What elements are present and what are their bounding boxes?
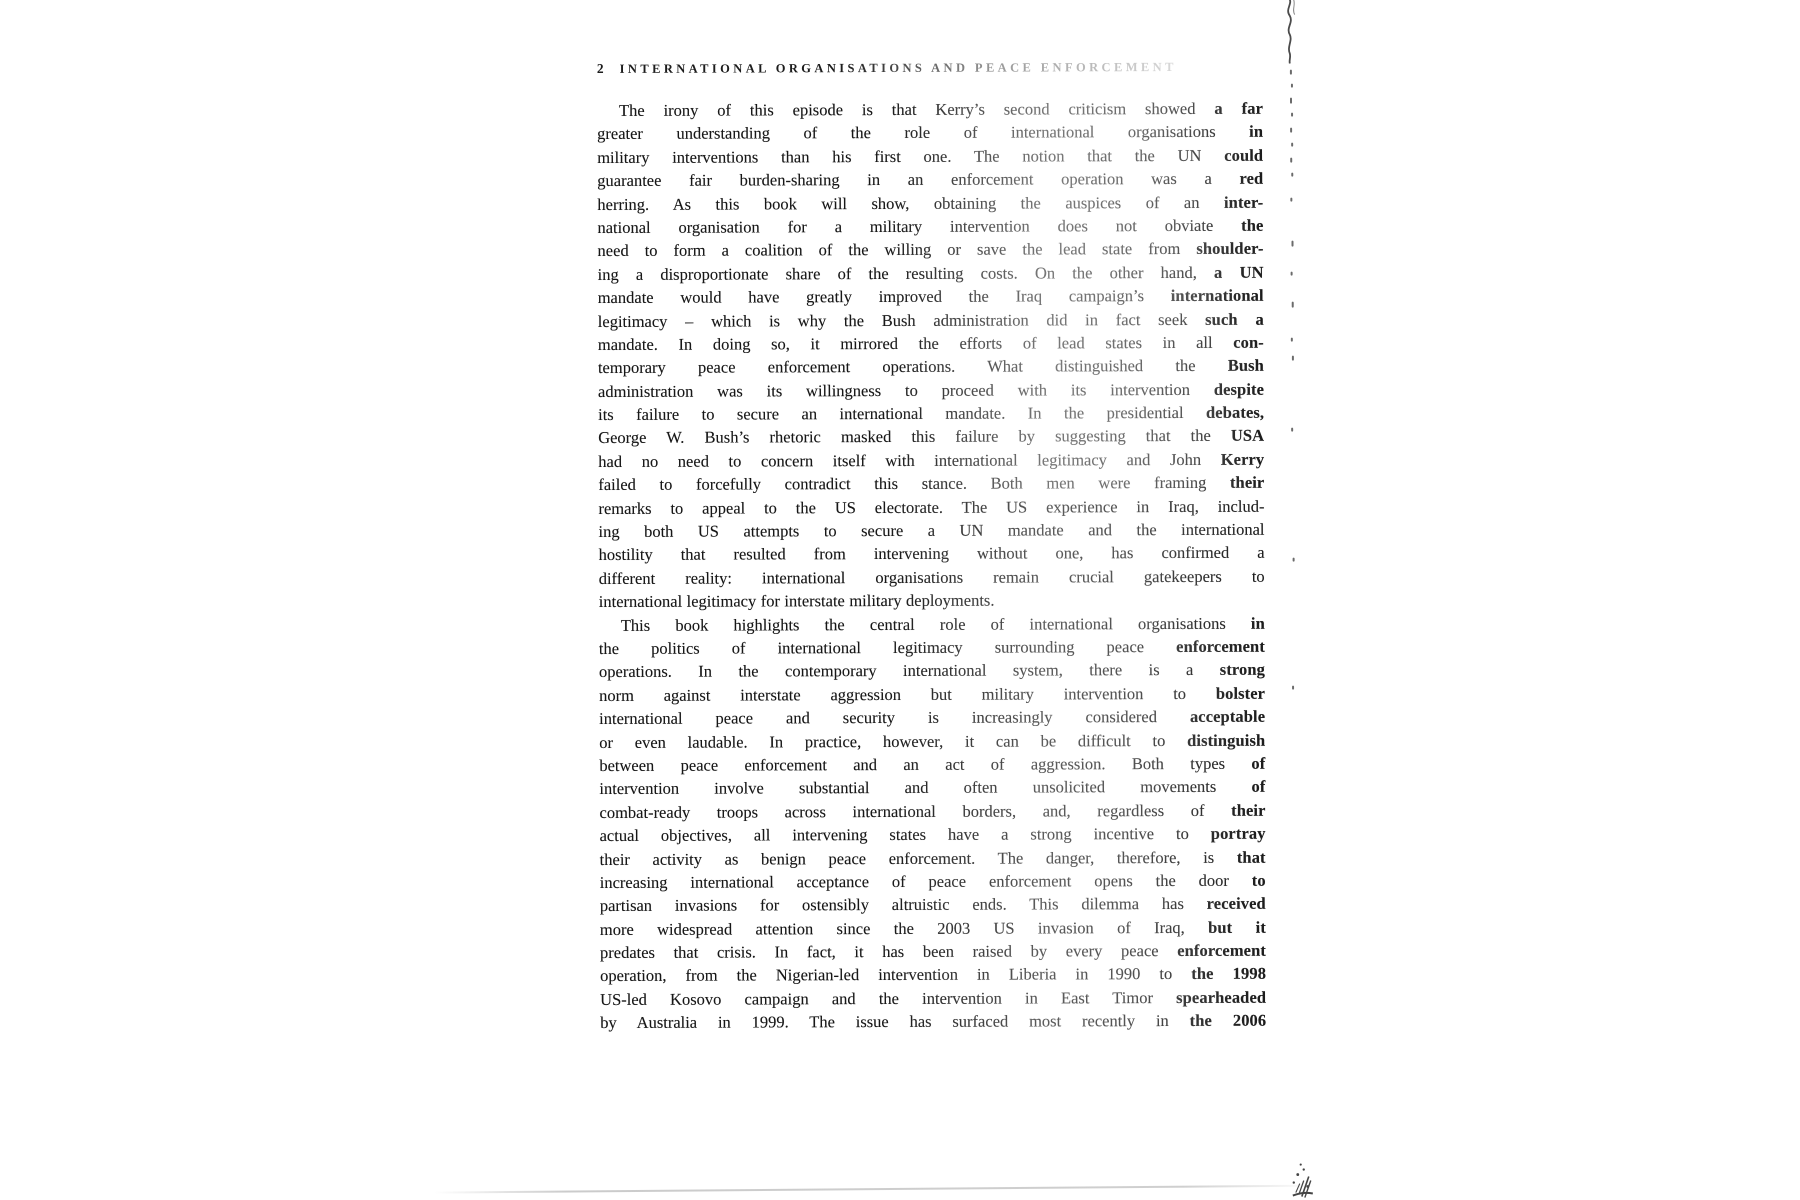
text-line: remarks to appeal to the US electorate. … — [598, 494, 1264, 520]
text-line-tail: international — [1171, 286, 1264, 305]
page-content: 2INTERNATIONAL ORGANISATIONS AND PEACE E… — [0, 0, 1800, 1200]
text-line: failed to forcefully contradict this sta… — [598, 471, 1264, 497]
page-header: 2INTERNATIONAL ORGANISATIONS AND PEACE E… — [597, 59, 1277, 77]
scan-artifact-marks — [0, 0, 1800, 2]
text-line: by Australia in 1999. The issue has surf… — [600, 1009, 1266, 1035]
text-line: national organisation for a military int… — [597, 214, 1263, 240]
text-line-tail: to — [1252, 871, 1266, 890]
text-line: George W. Bush’s rhetoric masked this fa… — [598, 424, 1264, 450]
text-line: norm against interstate aggression but m… — [599, 681, 1265, 707]
text-line-tail: the 2006 — [1190, 1011, 1267, 1030]
text-line-tail: debates, — [1206, 403, 1264, 422]
text-line-tail: USA — [1231, 426, 1264, 445]
text-line-tail: strong — [1220, 660, 1265, 679]
text-line-tail: despite — [1214, 379, 1264, 398]
text-line: ing both US attempts to secure a UN mand… — [598, 518, 1264, 544]
text-line-tail: a far — [1214, 99, 1263, 118]
text-line: its failure to secure an international m… — [598, 401, 1264, 427]
text-line-tail: enforcement — [1177, 941, 1266, 960]
text-line: or even laudable. In practice, however, … — [599, 728, 1265, 754]
scan-page: 2INTERNATIONAL ORGANISATIONS AND PEACE E… — [0, 0, 1800, 1200]
page-text: The irony of this episode is that Kerry’… — [597, 97, 1266, 1035]
text-line: mandate. In doing so, it mirrored the ef… — [598, 331, 1264, 357]
text-line-tail: in — [1251, 613, 1265, 632]
text-line-tail: a UN — [1214, 262, 1264, 281]
text-line: intervention involve substantial and oft… — [599, 775, 1265, 801]
text-line-tail: bolster — [1216, 683, 1265, 702]
text-line: mandate would have greatly improved the … — [598, 284, 1264, 310]
text-line: This book highlights the central role of… — [599, 611, 1265, 637]
text-line: legitimacy – which is why the Bush admin… — [598, 307, 1264, 333]
text-line-tail: portray — [1211, 824, 1266, 843]
text-line: US-led Kosovo campaign and the intervent… — [600, 986, 1266, 1012]
text-line-tail: shoulder- — [1196, 239, 1263, 258]
text-line: their activity as benign peace enforceme… — [600, 845, 1266, 871]
text-line: international legitimacy for interstate … — [599, 588, 1265, 614]
text-line-tail: but it — [1208, 917, 1266, 936]
text-line-tail: Bush — [1228, 356, 1264, 375]
text-line-tail: the — [1241, 216, 1263, 235]
text-line: need to form a coalition of the willing … — [597, 237, 1263, 263]
text-line: different reality: international organis… — [599, 564, 1265, 590]
text-line-tail: of — [1251, 754, 1265, 773]
text-line: herring. As this book will show, obtaini… — [597, 190, 1263, 216]
text-line: more widespread attention since the 2003… — [600, 915, 1266, 941]
text-line: ing a disproportionate share of the resu… — [598, 260, 1264, 286]
text-line: hostility that resulted from intervening… — [599, 541, 1265, 567]
text-line-tail: such a — [1205, 309, 1264, 328]
text-line-tail: the 1998 — [1191, 964, 1266, 983]
scan-artifact-smudge — [1280, 1153, 1318, 1199]
running-title: INTERNATIONAL ORGANISATIONS AND PEACE EN… — [620, 60, 1177, 76]
text-line: had no need to concern itself with inter… — [598, 448, 1264, 474]
text-line-tail: distinguish — [1187, 730, 1265, 749]
text-line: administration was its willingness to pr… — [598, 377, 1264, 403]
text-line-tail: Kerry — [1221, 450, 1265, 469]
text-line: predates that crisis. In fact, it has be… — [600, 939, 1266, 965]
text-line: international peace and security is incr… — [599, 705, 1265, 731]
text-line-tail: enforcement — [1176, 637, 1265, 656]
text-line-tail: received — [1207, 894, 1266, 913]
text-line-tail: spearheaded — [1176, 988, 1266, 1007]
text-line: operations. In the contemporary internat… — [599, 658, 1265, 684]
text-line-tail: that — [1237, 847, 1266, 866]
text-line: partisan invasions for ostensibly altrui… — [600, 892, 1266, 918]
text-line-tail: red — [1239, 169, 1263, 188]
page-edge-line — [434, 1185, 1316, 1193]
text-line-tail: in — [1249, 122, 1263, 141]
text-line: greater understanding of the role of int… — [597, 120, 1263, 146]
text-line-tail: inter- — [1224, 192, 1263, 211]
text-line-tail: their — [1230, 473, 1264, 492]
scan-artifact-squiggle — [1282, 0, 1304, 64]
text-line: guarantee fair burden-sharing in an enfo… — [597, 167, 1263, 193]
text-line-tail: could — [1224, 145, 1263, 164]
text-line: actual objectives, all intervening state… — [600, 822, 1266, 848]
text-line: The irony of this episode is that Kerry’… — [597, 97, 1263, 123]
text-line: military interventions than his first on… — [597, 143, 1263, 169]
text-line-tail: acceptable — [1190, 707, 1265, 726]
text-line: the politics of international legitimacy… — [599, 635, 1265, 661]
text-line-tail: of — [1251, 777, 1265, 796]
text-line: between peace enforcement and an act of … — [599, 752, 1265, 778]
text-line: operation, from the Nigerian-led interve… — [600, 962, 1266, 988]
text-line: temporary peace enforcement operations. … — [598, 354, 1264, 380]
text-line-tail: their — [1231, 800, 1265, 819]
text-line-tail: con- — [1233, 333, 1264, 352]
text-line: increasing international acceptance of p… — [600, 869, 1266, 895]
page-number: 2 — [597, 61, 604, 77]
text-line: combat-ready troops across international… — [599, 798, 1265, 824]
